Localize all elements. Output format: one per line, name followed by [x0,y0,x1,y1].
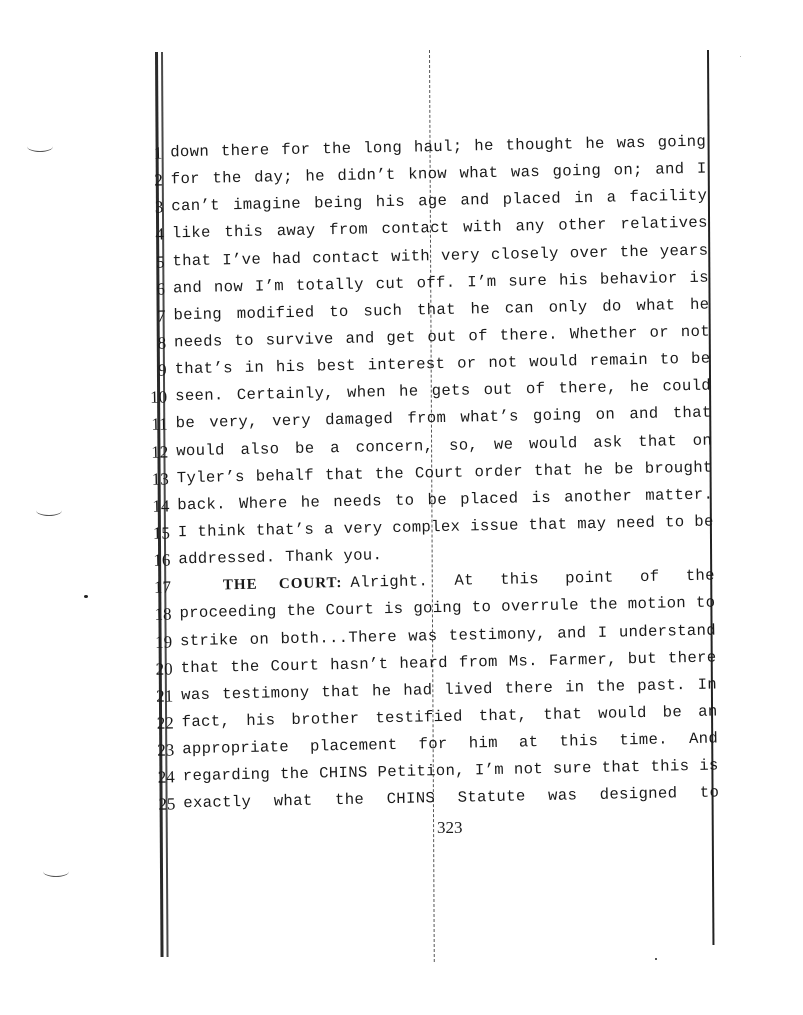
line-number: 18 [147,601,172,629]
page-number: 323 [437,818,463,838]
speaker-label: THE COURT: [223,575,343,593]
line-number: 23 [150,736,175,764]
line-number: 5 [140,248,165,276]
line-number: 19 [148,628,173,656]
line-number: 8 [142,329,167,357]
line-number: 4 [140,221,165,249]
line-number: 24 [151,764,176,792]
line-number: 1 [138,140,163,168]
punch-hole-mark [36,505,62,516]
transcript-body: 1down there for the long haul; he though… [138,128,732,818]
line-number: 11 [143,411,168,439]
line-number: 22 [149,709,174,737]
punch-hole-mark [27,141,53,152]
line-number: 14 [145,492,170,520]
line-number: 20 [148,655,173,683]
transcript-page: 1down there for the long haul; he though… [0,0,803,1015]
line-number: 25 [151,791,176,819]
scan-speck [84,595,88,598]
speaker-text: Alright. At this point of the [350,567,715,592]
line-number: 2 [139,167,164,195]
line-number: 6 [141,275,166,303]
scan-speck [740,56,741,57]
scan-speck [655,958,657,960]
line-number: 9 [142,357,167,385]
line-number: 15 [146,519,171,547]
punch-hole-mark [43,866,69,877]
line-number: 10 [143,384,168,412]
line-number: 16 [146,547,171,575]
line-number: 12 [144,438,169,466]
line-number: 3 [139,194,164,222]
line-number: 17 [147,574,172,602]
line-number: 7 [141,302,166,330]
line-number: 13 [145,465,170,493]
line-number: 21 [149,682,174,710]
